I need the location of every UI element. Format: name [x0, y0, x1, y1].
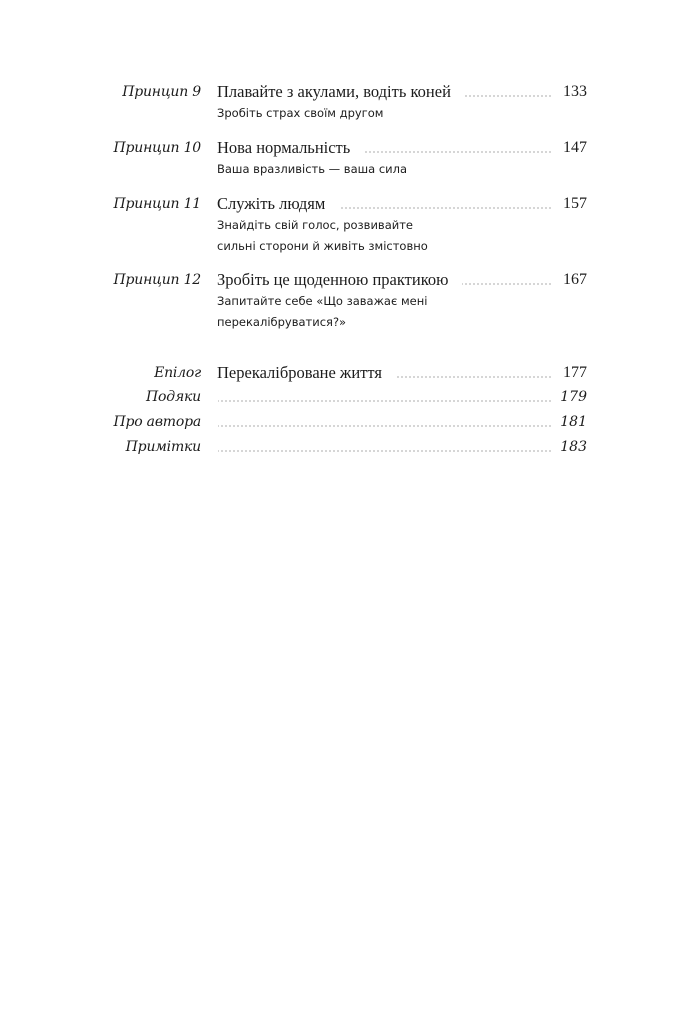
page-number: 179	[560, 386, 587, 408]
entry-label: Епілог	[154, 362, 201, 384]
entry-subtitle: Зробіть страх своїм другом	[217, 103, 682, 124]
entry-label: Про автора	[113, 411, 201, 433]
page-number: 133	[563, 81, 587, 103]
toc-entry-about-author[interactable]: Про автора 181	[0, 411, 682, 433]
entry-subtitle: Ваша вразливість — ваша сила	[217, 159, 682, 180]
entry-title: Зробіть це щоденною практикою	[217, 269, 458, 291]
entry-title: Нова нормальність	[217, 137, 360, 159]
dot-leader	[462, 283, 552, 285]
dot-leader	[364, 151, 552, 153]
entry-label: Примітки	[126, 436, 201, 458]
page-number: 147	[563, 137, 587, 159]
entry-subtitle-line-1: Запитайте себе «Що заважає мені	[217, 291, 682, 312]
entry-subtitle-line-2: сильні сторони й живіть змістовно	[217, 236, 682, 257]
entry-label: Принцип 10	[114, 137, 201, 159]
toc-entry-notes[interactable]: Примітки 183	[0, 436, 682, 458]
toc-entry-principle-11[interactable]: Принцип 11 Служіть людям 157 Знайдіть св…	[0, 193, 682, 257]
toc-entry-acknowledgements[interactable]: Подяки 179	[0, 386, 682, 408]
page-number: 157	[563, 193, 587, 215]
dot-leader	[465, 95, 552, 97]
entry-label: Принцип 9	[122, 81, 201, 103]
dot-leader	[218, 400, 552, 402]
toc-entry-epilogue[interactable]: Епілог Перекаліброване життя 177	[0, 362, 682, 384]
page-number: 181	[560, 411, 587, 433]
entry-title: Служіть людям	[217, 193, 335, 215]
dot-leader	[218, 425, 552, 427]
toc-entry-principle-10[interactable]: Принцип 10 Нова нормальність 147 Ваша вр…	[0, 137, 682, 180]
dot-leader	[396, 376, 552, 378]
entry-label: Подяки	[146, 386, 201, 408]
dot-leader	[339, 207, 552, 209]
dot-leader	[218, 450, 552, 452]
toc-entry-principle-12[interactable]: Принцип 12 Зробіть це щоденною практикою…	[0, 269, 682, 333]
entry-label: Принцип 11	[114, 193, 201, 215]
entry-label: Принцип 12	[114, 269, 201, 291]
entry-subtitle-line-2: перекалібруватися?»	[217, 312, 682, 333]
entry-title: Плавайте з акулами, водіть коней	[217, 81, 461, 103]
entry-title: Перекаліброване життя	[217, 362, 392, 384]
page-number: 177	[563, 362, 587, 384]
page-number: 183	[560, 436, 587, 458]
entry-subtitle-line-1: Знайдіть свій голос, розвивайте	[217, 215, 682, 236]
page-number: 167	[563, 269, 587, 291]
toc-entry-principle-9[interactable]: Принцип 9 Плавайте з акулами, водіть кон…	[0, 81, 682, 124]
